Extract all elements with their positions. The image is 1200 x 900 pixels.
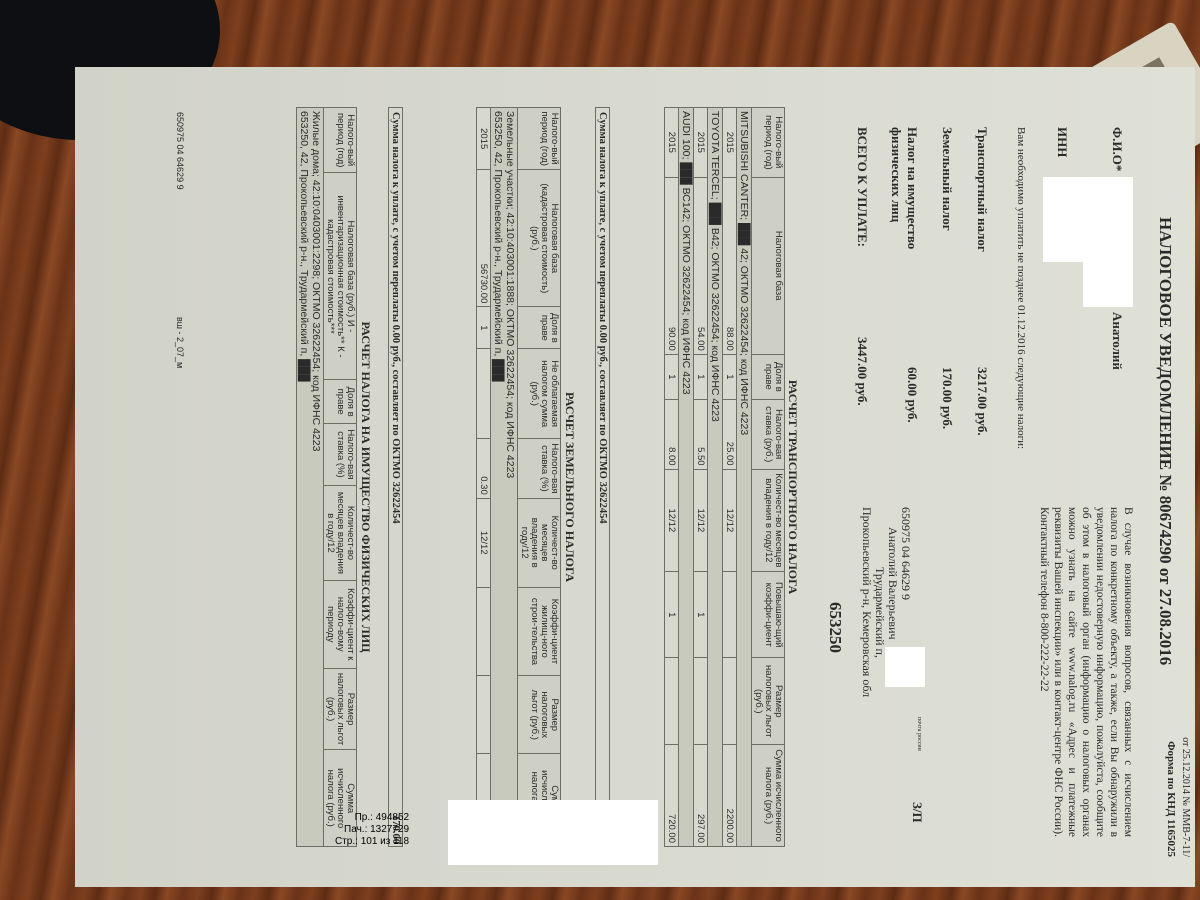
cell-base: 88.00 bbox=[723, 177, 737, 354]
land-table: Налого-вый период (год) Налоговая база (… bbox=[476, 107, 561, 847]
col-base: Налоговая база (кадастровая стоимость) (… bbox=[518, 170, 561, 307]
land-section-title: РАСЧЕТ ЗЕМЕЛЬНОГО НАЛОГА bbox=[562, 127, 577, 847]
col-benefit: Размер налоговых льгот (руб.) bbox=[752, 658, 785, 745]
land-total-text: Сумма налога к уплате, с учетом переплат… bbox=[390, 112, 401, 524]
total-due-value: 3447.00 руб. bbox=[854, 337, 870, 406]
table-row: 2015 88.00 1 25.00 12/12 2200.00 bbox=[723, 108, 737, 847]
tax-notice-page: от 25.12.2014 № ММВ-7-11/ Форма по КНД 1… bbox=[75, 67, 1195, 887]
cell-amount: 2200.00 bbox=[723, 745, 737, 847]
cell-year: 2015 bbox=[723, 108, 737, 178]
cell-share: 1 bbox=[477, 307, 491, 349]
property-object-desc: Жилые дома; 42:10:0403001:2298; ОКТМО 32… bbox=[297, 108, 324, 847]
batch-stamp-text: Пр.: 494852 Пач.: 1327729 Стр.: 101 из 1… bbox=[335, 812, 409, 848]
col-coef: Повышаю-щий коэффи-циент bbox=[752, 572, 785, 658]
cell-rate: 5.50 bbox=[694, 399, 708, 469]
table-row: 2015 56730.00 1 0.30 12/12 170.00 bbox=[477, 108, 491, 847]
col-amount: Сумма исчисленного налога (руб.) bbox=[752, 745, 785, 847]
cell-year: 2015 bbox=[665, 108, 679, 178]
cell-amount: 297.00 bbox=[694, 745, 708, 847]
vehicle-desc: TOYOTA TERCEL; ███ В42; ОКТМО 32622454; … bbox=[708, 108, 723, 847]
col-benefit: Размер налоговых льгот (руб.) bbox=[324, 668, 357, 750]
col-base: Налоговая база (руб.) И - инвентаризацио… bbox=[324, 173, 357, 380]
post-label: почта россии bbox=[912, 717, 925, 847]
knd-form-code: Форма по КНД 1165025 bbox=[1165, 741, 1177, 857]
transport-total-text: Сумма налога к уплате, с учетом переплат… bbox=[597, 112, 608, 524]
land-object-desc: Земельные участки; 42:10:403001:1888; ОК… bbox=[491, 108, 518, 847]
col-period: Налого-вый период (год) bbox=[518, 108, 561, 170]
cell-benefit bbox=[723, 658, 737, 745]
cell-base: 90.00 bbox=[665, 177, 679, 354]
zp-mark: З/П bbox=[909, 802, 925, 823]
col-rate: Налого-вая ставка (%) bbox=[324, 423, 357, 485]
col-rate: Налого-вая ставка (%) bbox=[518, 439, 561, 499]
cell-year: 2015 bbox=[694, 108, 708, 178]
col-base: Налоговая база bbox=[752, 177, 785, 354]
taxpayer-first-name: Анатолий bbox=[1109, 312, 1125, 370]
col-share: Доля в праве bbox=[518, 307, 561, 349]
land-total: Сумма налога к уплате, с учетом переплат… bbox=[388, 107, 403, 847]
col-months: Количест-во месяцев владения в году/12 bbox=[752, 469, 785, 572]
cell-share: 1 bbox=[723, 354, 737, 399]
table-row: 2015 90.00 1 8.00 12/12 1 720.00 bbox=[665, 108, 679, 847]
cell-share: 1 bbox=[694, 354, 708, 399]
cell-months: 12/12 bbox=[694, 469, 708, 572]
recipient-district: Прокопьевский р-н, Кемеровская обл bbox=[860, 507, 873, 847]
cell-coef bbox=[477, 587, 491, 676]
land-object-line2: 653250, 42, Прокопьевский р-н., Трударме… bbox=[492, 111, 504, 843]
cell-benefit bbox=[694, 658, 708, 745]
cell-base: 56730.00 bbox=[477, 170, 491, 307]
cell-base: 54.00 bbox=[694, 177, 708, 354]
payment-note: Вам необходимо уплатить не позднее 01.12… bbox=[1015, 127, 1027, 497]
cell-benefit bbox=[665, 658, 679, 745]
transport-table: Налого-вый период (год) Налоговая база Д… bbox=[664, 107, 785, 847]
table-row: 2015 54.00 1 5.50 12/12 1 297.00 bbox=[694, 108, 708, 847]
property-section-title: РАСЧЕТ НАЛОГА НА ИМУЩЕСТВО ФИЗИЧЕСКИХ ЛИ… bbox=[358, 127, 373, 847]
transport-tax-label: Транспортный налог bbox=[974, 127, 990, 252]
property-table: Налого-вый период (год) Налоговая база (… bbox=[296, 107, 357, 847]
fio-label: Ф.И.О* bbox=[1109, 127, 1125, 171]
cell-months: 12/12 bbox=[723, 469, 737, 572]
cell-months: 12/12 bbox=[665, 469, 679, 572]
land-object-line1: Земельные участки; 42:10:403001:1888; ОК… bbox=[504, 111, 516, 843]
recipient-name: Анатолий Валерьевич bbox=[886, 527, 899, 847]
land-tax-label: Земельный налог bbox=[939, 127, 955, 231]
property-object-line1: Жилые дома; 42:10:0403001:2298; ОКТМО 32… bbox=[310, 111, 322, 843]
redacted-barcode bbox=[448, 800, 658, 865]
redacted-address bbox=[885, 647, 925, 687]
col-share: Доля в праве bbox=[324, 380, 357, 423]
col-months: Количест-во месяцев владения в году/12 bbox=[324, 486, 357, 581]
info-text: В случае возникновения вопросов, связанн… bbox=[1037, 507, 1135, 837]
batch-page: Стр.: 101 из 118 bbox=[335, 836, 409, 848]
total-due-label: ВСЕГО К УПЛАТЕ: bbox=[854, 127, 870, 247]
col-rate: Налого-вая ставка (руб.) bbox=[752, 399, 785, 469]
cell-benefit bbox=[477, 676, 491, 754]
redacted-surname bbox=[1083, 177, 1133, 307]
form-reference: от 25.12.2014 № ММВ-7-11/ bbox=[1180, 737, 1191, 857]
batch-pr: Пр.: 494852 bbox=[335, 812, 409, 824]
cell-amount: 720.00 bbox=[665, 745, 679, 847]
col-period: Налого-вый период (год) bbox=[752, 108, 785, 178]
property-object-line2: 653250, 42, Прокопьевский р-н., Трударме… bbox=[298, 111, 310, 843]
batch-pach: Пач.: 1327729 bbox=[335, 824, 409, 836]
col-coef: Коэффи-циент жилищ-ного строи-тельства bbox=[518, 587, 561, 676]
transport-tax-value: 3217.00 руб. bbox=[974, 367, 990, 436]
col-months: Количест-во месяцев владения в году/12 bbox=[518, 498, 561, 587]
cell-rate: 8.00 bbox=[665, 399, 679, 469]
cell-share: 1 bbox=[665, 354, 679, 399]
vehicle-desc: MITSUBISHI CANTER; ███ 42; ОКТМО 3262245… bbox=[737, 108, 752, 847]
transport-total: Сумма налога к уплате, с учетом переплат… bbox=[595, 107, 610, 847]
postal-code: 653250 bbox=[825, 602, 845, 653]
cell-months: 12/12 bbox=[477, 498, 491, 587]
cell-coef: 1 bbox=[694, 572, 708, 658]
col-share: Доля в праве bbox=[752, 354, 785, 399]
transport-section-title: РАСЧЕТ ТРАНСПОРТНОГО НАЛОГА bbox=[785, 127, 800, 847]
col-period: Налого-вый период (год) bbox=[324, 108, 357, 173]
footer-version: вш - 2_07_м bbox=[175, 317, 185, 368]
col-exempt: Не облагаемая налогом сумма (руб.) bbox=[518, 349, 561, 439]
property-tax-value: 60.00 руб. bbox=[904, 367, 920, 423]
col-coef: Коэффи-циент к налого-вому периоду bbox=[324, 580, 357, 668]
recipient-locality: Трудармейский п, bbox=[873, 567, 886, 847]
property-tax-label: Налог на имущество физических лиц bbox=[888, 127, 920, 257]
cell-exempt bbox=[477, 349, 491, 439]
cell-coef: 1 bbox=[665, 572, 679, 658]
redacted-inn bbox=[1043, 177, 1083, 262]
footer-code: 650975 04 64629 9 bbox=[175, 112, 185, 190]
vehicle-desc: AUDI 100; ███ ВС142; ОКТМО 32622454; код… bbox=[679, 108, 694, 847]
col-benefit: Размер налоговых льгот (руб.) bbox=[518, 676, 561, 754]
cell-rate: 0.30 bbox=[477, 439, 491, 499]
page-title: НАЛОГОВОЕ УВЕДОМЛЕНИЕ № 80674290 от 27.0… bbox=[1155, 217, 1175, 665]
inn-label: ИНН bbox=[1054, 127, 1070, 157]
cell-year: 2015 bbox=[477, 108, 491, 170]
land-tax-value: 170.00 руб. bbox=[939, 367, 955, 429]
cell-rate: 25.00 bbox=[723, 399, 737, 469]
cell-coef bbox=[723, 572, 737, 658]
